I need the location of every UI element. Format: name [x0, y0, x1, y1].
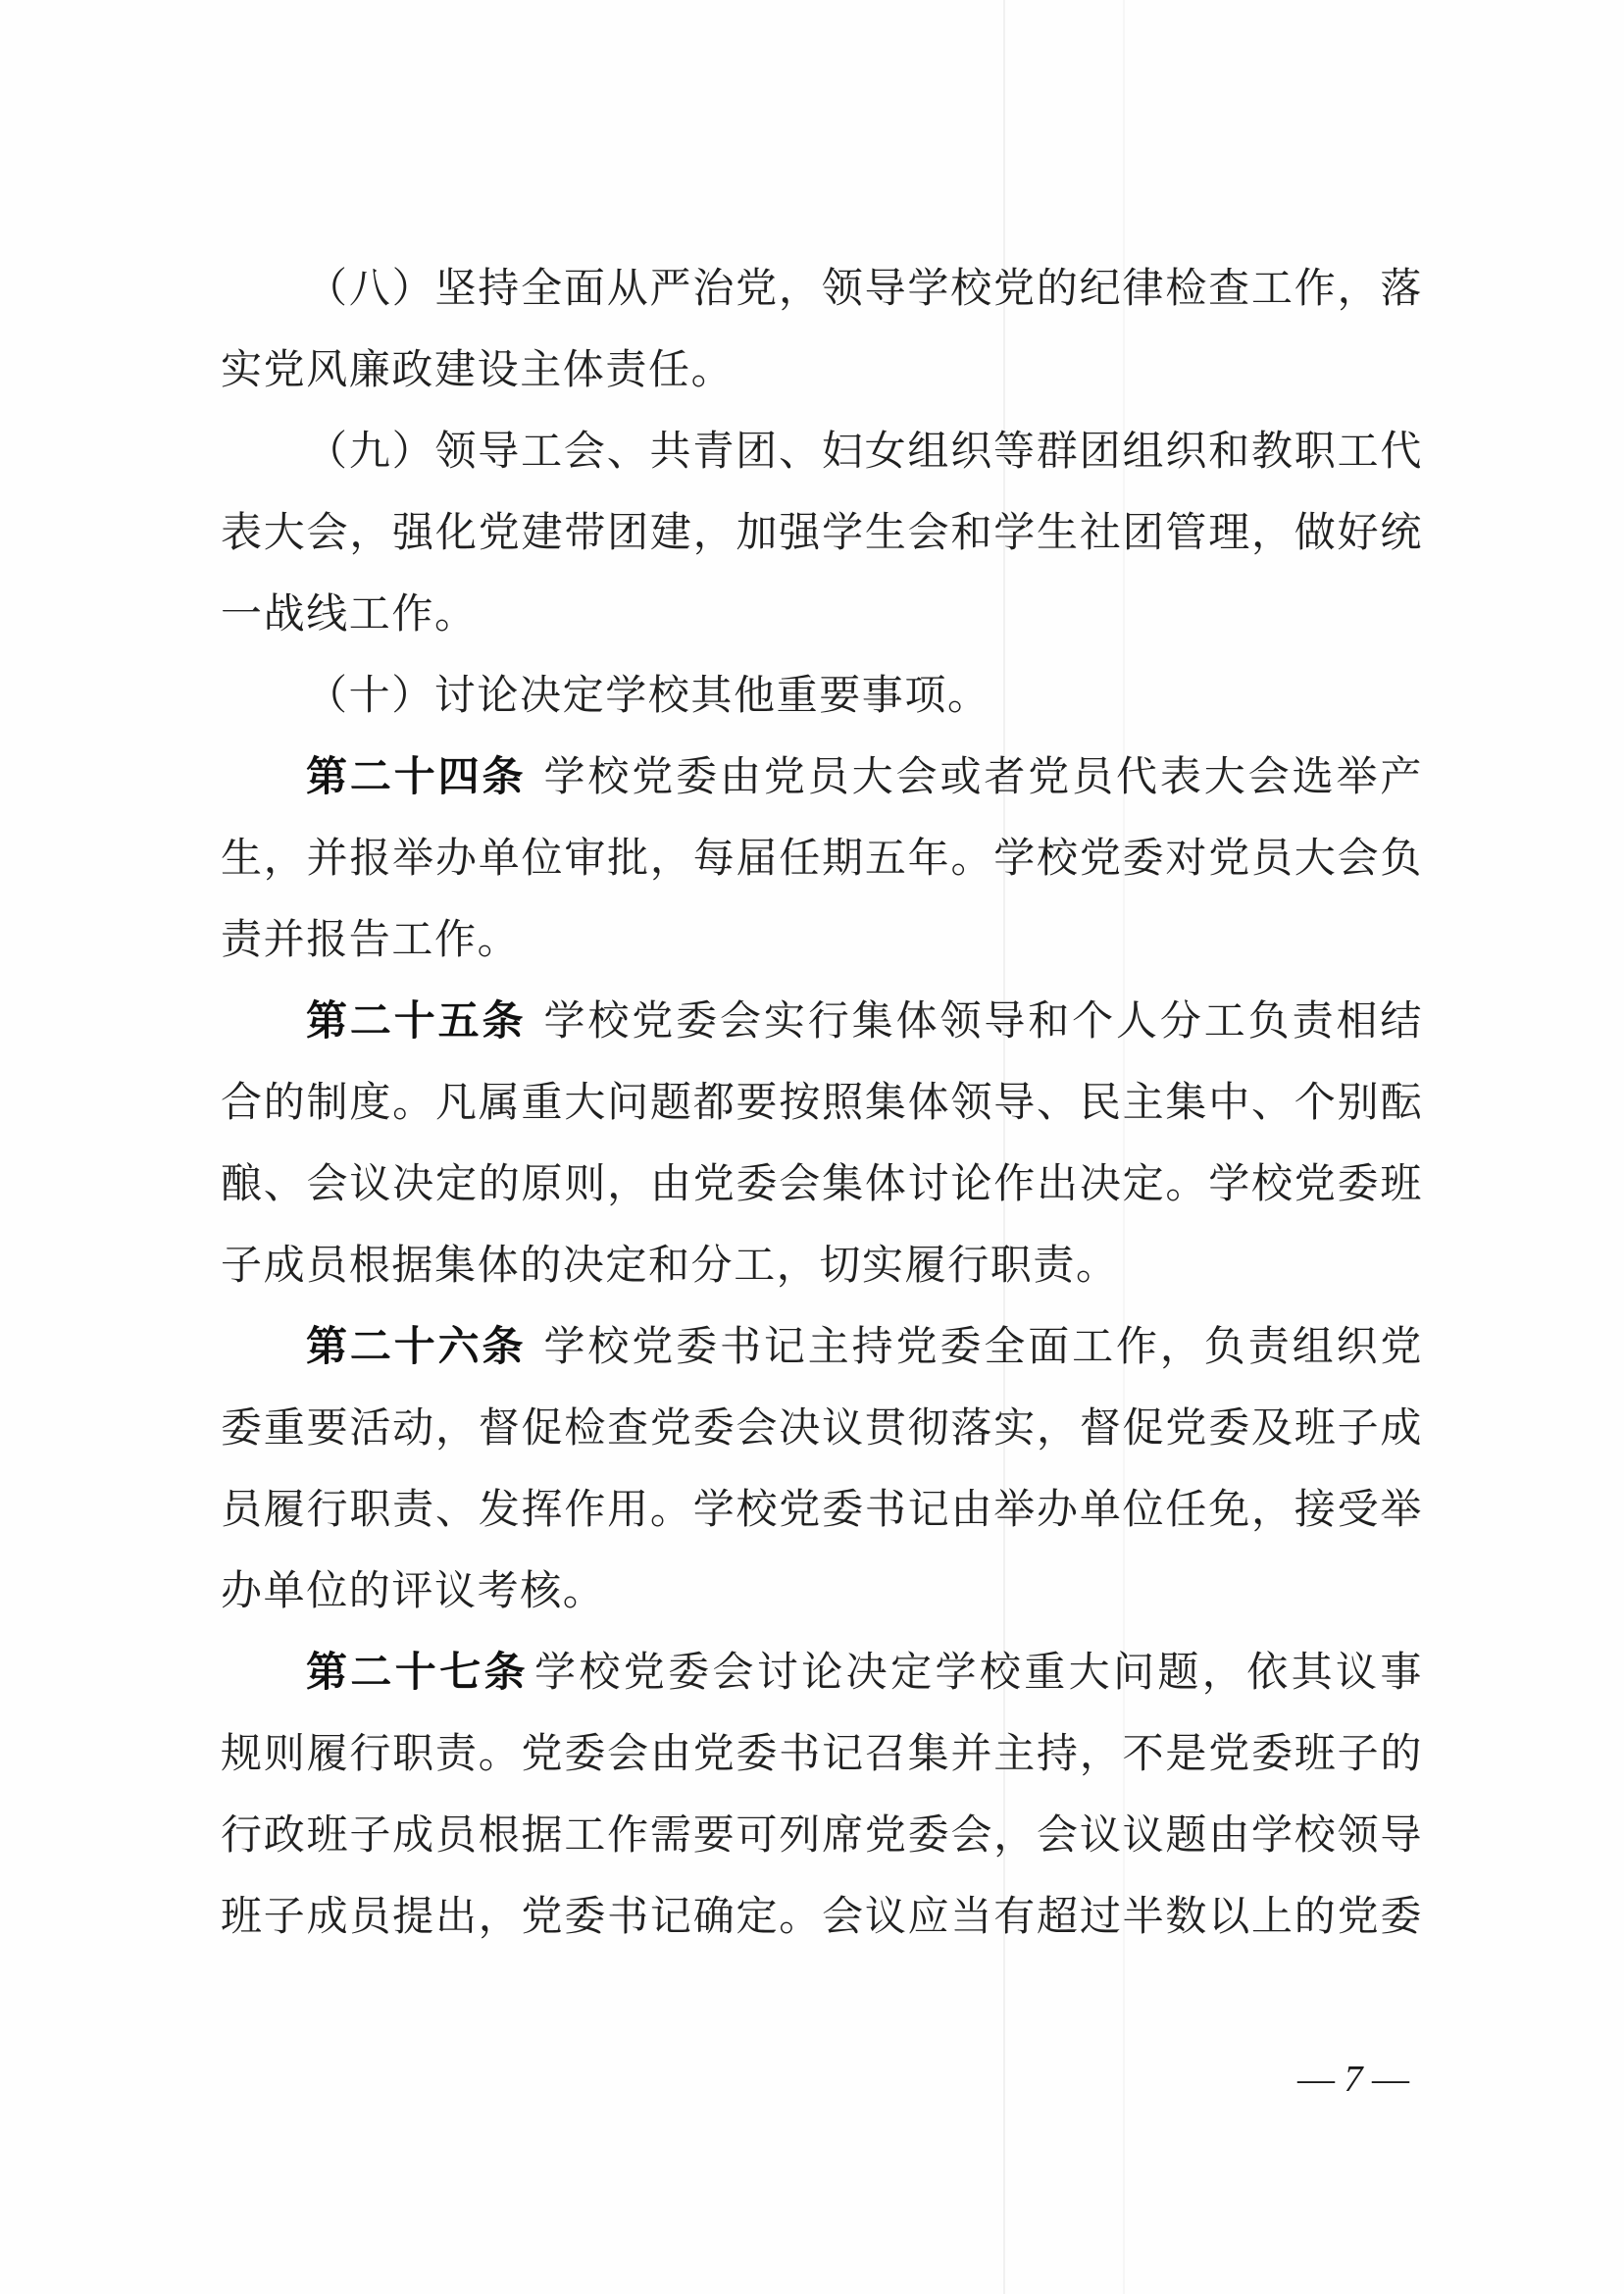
document-page: （八）坚持全面从严治党，领导学校党的纪律检查工作，落 实党风廉政建设主体责任。 …	[0, 0, 1624, 2294]
article-25-text: 学校党委会实行集体领导和个人分工负责相结	[543, 996, 1423, 1045]
page-number-value: 7	[1345, 2059, 1363, 2100]
article-25-heading: 第二十五条	[306, 996, 526, 1045]
page-number: — 7 —	[1280, 2057, 1427, 2102]
article-24-line-2: 生，并报举办单位审批，每届任期五年。学校党委对党员大会负	[221, 817, 1423, 898]
paragraph-item-9-line-3: 一战线工作。	[221, 573, 1423, 654]
article-25-line-1: 第二十五条学校党委会实行集体领导和个人分工负责相结	[306, 980, 1423, 1061]
article-27-text: 学校党委会讨论决定学校重大问题，依其议事	[534, 1648, 1423, 1696]
paragraph-item-10-line-1: （十）讨论决定学校其他重要事项。	[306, 654, 1423, 736]
article-26-line-4: 办单位的评议考核。	[221, 1550, 1423, 1631]
article-24-text: 学校党委由党员大会或者党员代表大会选举产	[543, 752, 1423, 800]
article-24-heading: 第二十四条	[306, 752, 526, 800]
article-26-line-2: 委重要活动，督促检查党委会决议贯彻落实，督促党委及班子成	[221, 1387, 1423, 1468]
article-24-line-3: 责并报告工作。	[221, 898, 1423, 980]
article-26-heading: 第二十六条	[306, 1322, 526, 1370]
article-25-line-2: 合的制度。凡属重大问题都要按照集体领导、民主集中、个别酝	[221, 1061, 1423, 1143]
paragraph-item-8-line-2: 实党风廉政建设主体责任。	[221, 329, 1423, 410]
paragraph-item-9-line-2: 表大会，强化党建带团建，加强学生会和学生社团管理，做好统	[221, 491, 1423, 573]
article-24-line-1: 第二十四条学校党委由党员大会或者党员代表大会选举产	[306, 736, 1423, 817]
article-27-heading: 第二十七条	[306, 1648, 529, 1696]
article-27-line-1: 第二十七条学校党委会讨论决定学校重大问题，依其议事	[306, 1631, 1423, 1712]
article-25-line-3: 酿、会议决定的原则，由党委会集体讨论作出决定。学校党委班	[221, 1143, 1423, 1224]
paragraph-item-8-line-1: （八）坚持全面从严治党，领导学校党的纪律检查工作，落	[306, 247, 1423, 329]
page-number-dash-left: —	[1297, 2059, 1335, 2100]
page-number-dash-right: —	[1372, 2059, 1409, 2100]
paragraph-item-9-line-1: （九）领导工会、共青团、妇女组织等群团组织和教职工代	[306, 410, 1423, 491]
article-26-line-3: 员履行职责、发挥作用。学校党委书记由举办单位任免，接受举	[221, 1468, 1423, 1550]
article-25-line-4: 子成员根据集体的决定和分工，切实履行职责。	[221, 1224, 1423, 1305]
article-27-line-4: 班子成员提出，党委书记确定。会议应当有超过半数以上的党委	[221, 1875, 1423, 1957]
article-26-text: 学校党委书记主持党委全面工作，负责组织党	[543, 1322, 1423, 1370]
article-26-line-1: 第二十六条学校党委书记主持党委全面工作，负责组织党	[306, 1305, 1423, 1387]
article-27-line-2: 规则履行职责。党委会由党委书记召集并主持，不是党委班子的	[221, 1712, 1423, 1794]
article-27-line-3: 行政班子成员根据工作需要可列席党委会，会议议题由学校领导	[221, 1794, 1423, 1875]
